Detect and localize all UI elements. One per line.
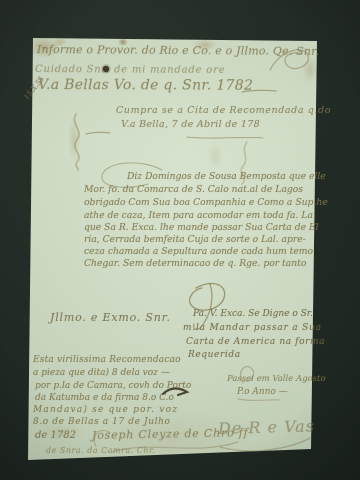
- petition-line: Mor. fo. da Comarca de S. Calo nat.al de…: [84, 184, 303, 195]
- despacho-line: m.la Mandar passar a Sua: [183, 323, 322, 333]
- photo-background: 15.X.55 Informe o Provor. do Rio e Co. e…: [0, 0, 360, 480]
- petition-line: Diz Domingos de Sousa Bemposta que elle: [127, 171, 326, 182]
- petition-line: obrigado Com Sua boa Companhia e Como a …: [84, 197, 328, 208]
- cumprase-line-1: Cumpra se a Cita de Recomendada q.do: [116, 105, 331, 116]
- docket-line-2: Cuidado Snr. de mi mandade ore: [35, 64, 225, 76]
- cumprase-line-2: V.a Bella, 7 de Abril de 178: [121, 119, 260, 130]
- petition-line: que Sa R. Exca. lhe mande passar Sua Car…: [84, 222, 319, 233]
- certification-line: 8.o de Bellas a 17 de Julho: [33, 417, 171, 427]
- docket-line-1: Informe o Provor. do Rio e Co. e o Jllmo…: [37, 43, 319, 58]
- despacho-line: Requerida: [188, 350, 241, 360]
- despacho-line: Carta de America na forma: [186, 337, 325, 347]
- rubric-signature: De R e Vas: [218, 416, 315, 438]
- certification-line: da Katumba e da firma 8.o C.o: [35, 393, 174, 403]
- passei-line-1: Passei em Valle Agosto: [227, 374, 326, 384]
- docket-line-3: V.a Bellas Vo. de q. Snr. 1782: [38, 77, 253, 94]
- address-line: Jllmo. e Exmo. Snr.: [50, 311, 171, 324]
- certification-line: por p.la de Camara, covh do Porto: [35, 381, 191, 391]
- petition-line: Chegar. Sem determinacao de q. Rge. por …: [84, 258, 306, 269]
- certification-line: Mandava) se que por. voz: [33, 405, 178, 415]
- petition-line: athe de caza, Item para acomodar em toda…: [84, 210, 316, 221]
- certification-line: Esta virilissima Recomendacao: [33, 355, 181, 365]
- certification-line: de 1782: [35, 430, 76, 441]
- clerk-note: de Snra. da Camra. Chr.: [46, 446, 156, 455]
- petition-line: ria, Cerrada bemfeita Cuja de sorte o La…: [84, 234, 306, 245]
- passei-line-2: P.o Anno —: [237, 387, 288, 397]
- certification-line: a pieza que dita) 8 dela voz —: [33, 368, 170, 378]
- petition-line: ceza chamada a Sepultura aonde cada hum …: [84, 246, 313, 257]
- despacho-line: Pa. V. Exca. Se Digne o Sr.: [193, 309, 313, 319]
